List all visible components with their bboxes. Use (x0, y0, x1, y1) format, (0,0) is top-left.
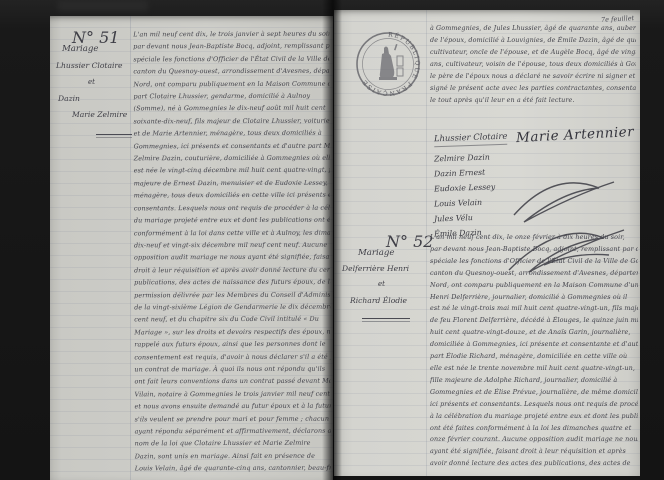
book-gutter (322, 0, 342, 480)
act-text-line: ayant répondu séparément et affirmativem… (135, 425, 331, 438)
act-text-line: fille majeure de Adolphe Richard, journa… (430, 375, 638, 387)
act-text-line: le père de l'époux nous a déclaré ne sav… (430, 70, 636, 82)
act-text-line: canton du Quesnoy-ouest, arrondissement … (430, 268, 638, 280)
act-text-line: publications, des actes de naissance des… (134, 276, 330, 289)
act-text-line: Louis Velain, âgé de quarante-cinq ans, … (135, 462, 331, 475)
act-text-line: Nord, ont comparu publiquement en la Mai… (430, 280, 638, 292)
act-text-line: de feu Florent Delferrière, décédé à Élo… (430, 315, 638, 327)
act-text-line: ont été faites conformément à la loi les… (430, 423, 638, 435)
act-text-line: Nord, ont comparu publiquement en la Mai… (133, 77, 329, 90)
bride-firstname: Marie Zelmire (72, 110, 127, 119)
act-title: Mariage (62, 44, 99, 54)
groom-name: Delferrière Henri (342, 264, 409, 273)
act-text-line: ayant été signifiée, faisant droit à leu… (430, 446, 638, 458)
act-text-line: Gommegnies et de Élise Prévue, journaliè… (430, 387, 638, 399)
act-text-line: ont fait leurs conventions dans un contr… (134, 375, 330, 388)
act-text-line: et de Marie Artennier, ménagère, tous de… (134, 127, 330, 140)
act-text-line: onze février courant. Aucune opposition … (430, 434, 638, 446)
groom-name: Lhussier Clotaire (56, 61, 123, 70)
conjunction: et (88, 78, 95, 86)
act-text-line: opposition audit mariage ne nous ayant é… (134, 251, 330, 264)
act-text-line: s'ils veulent se prendre pour mari et po… (135, 412, 331, 425)
act-52-body: L'an mil neuf cent dix, le onze février … (430, 232, 638, 474)
act-text-line: ans, cultivateur, voisin de l'épouse, to… (430, 58, 636, 70)
act-text-line: est né le vingt-trois mai mil huit cent … (430, 303, 638, 315)
act-text-line: conformément à la loi dans cette ville e… (134, 226, 330, 239)
right-page: 7e feuillet RÉPUBLIQUE FRANÇAISE à Gomme… (334, 10, 640, 476)
act-text-line: le tout après qu'il leur en a été fait l… (430, 94, 636, 106)
act-text-line: Dazin, sont unis en mariage. Ainsi fait … (135, 449, 331, 462)
margin-rule (130, 16, 131, 480)
scan-artifact (58, 0, 148, 11)
register-scan: N° 51 Mariage Lhussier Clotaire et Dazin… (0, 0, 664, 480)
act-text-line: (Somme), né à Gommegnies le dix-neuf aoû… (133, 102, 329, 115)
act-text-line: à Gommegnies, de Jules Lhussier, âgé de … (430, 22, 636, 34)
act-51-continuation: à Gommegnies, de Jules Lhussier, âgé de … (430, 22, 636, 112)
act-text-line: consentants. Lesquels nous ont requis de… (134, 201, 330, 214)
act-text-line: est née le vingt-cinq décembre mil huit … (134, 164, 330, 177)
act-text-line: et nous avons ensuite demandé au futur é… (135, 400, 331, 413)
conjunction: et (378, 280, 385, 288)
act-text-line: part Clotaire Lhussier, gendarme, domici… (133, 90, 329, 103)
act-text-line: dix-neuf et vingt-six décembre mil neuf … (134, 239, 330, 252)
act-text-line: Vilain, notaire à Gommegnies le trois ja… (134, 387, 330, 400)
act-text-line: huit cent quatre-vingt-douze, et de Anaï… (430, 327, 638, 339)
act-text-line: avoir donné lecture des actes des public… (430, 458, 638, 470)
act-text-line: canton du Quesnoy-ouest, arrondissement … (133, 65, 329, 78)
left-page: N° 51 Mariage Lhussier Clotaire et Dazin… (50, 16, 333, 480)
bride-name: Richard Élodie (350, 296, 407, 305)
act-text-line: L'an mil neuf cent dix, le onze février … (430, 232, 638, 244)
act-51-body: L'an mil neuf cent dix, le trois janvier… (133, 28, 331, 480)
act-text-line: un contrat de mariage. À quoi ils nous o… (134, 363, 330, 376)
act-text-line: droit à leur réquisition et après avoir … (134, 263, 330, 276)
act-text-line: Gommegnies, ici présents et consentants … (134, 139, 330, 152)
seal-figure (379, 44, 403, 80)
act-text-line: rappelé aux futurs époux, ainsi que les … (134, 338, 330, 351)
act-text-line: à la célébration du mariage projeté entr… (430, 411, 638, 423)
act-text-line: consentement est requis, d'avoir à nous … (134, 350, 330, 363)
margin-underline (96, 134, 132, 138)
act-text-line: domiciliée à Gommegnies, ici présente et… (430, 339, 638, 351)
act-title: Mariage (358, 248, 395, 258)
republique-francaise-seal-icon: RÉPUBLIQUE FRANÇAISE (354, 30, 422, 98)
act-text-line: de la vingt-sixième Légion de Gendarmeri… (134, 301, 330, 314)
act-text-line: ménagère, tous deux domiciliés en cette … (134, 189, 330, 202)
act-text-line: par devant nous Jean-Baptiste Bocq, adjo… (133, 40, 329, 53)
act-text-line: de l'époux, domicilié à Louvignies, de É… (430, 34, 636, 46)
act-text-line: nom de la loi que Clotaire Lhussier et M… (135, 437, 331, 450)
act-text-line: du mariage projeté entre eux et dont les… (134, 214, 330, 227)
act-text-line: par devant nous Jean-Baptiste Bocq, adjo… (430, 244, 638, 256)
bride-surname: Dazin (58, 94, 80, 103)
act-text-line: spéciale les fonctions d'Officier de l'É… (133, 52, 329, 65)
margin-underline (362, 318, 410, 322)
act-text-line: ici présents et consentants. Lesquels no… (430, 399, 638, 411)
act-text-line: part Élodie Richard, ménagère, domicilié… (430, 351, 638, 363)
act-text-line: elle est née le trente novembre mil huit… (430, 363, 638, 375)
act-text-line: L'an mil neuf cent dix, le trois janvier… (133, 28, 329, 41)
act-text-line: Zelmire Dazin, couturière, domiciliée à … (134, 152, 330, 165)
signature: Lhussier Clotaire (434, 129, 508, 148)
act-text-line: cultivateur, oncle de l'épouse, et de Au… (430, 46, 636, 58)
act-text-line: cent neuf, et du chapitre six du Code Ci… (134, 313, 330, 326)
act-text-line: Henri Delferrière, journalier, domicilié… (430, 292, 638, 304)
act-text-line: spéciale les fonctions d'Officier de l'É… (430, 256, 638, 268)
act-text-line: signé le présent acte avec les parties c… (430, 82, 636, 94)
act-text-line: Mariage », sur les droits et devoirs res… (134, 325, 330, 338)
act-text-line: soixante-dix-neuf, fils majeur de Clotai… (134, 115, 330, 128)
act-text-line: majeure de Ernest Dazin, menuisier et de… (134, 177, 330, 190)
act-text-line: permission délivrée par les Membres du C… (134, 288, 330, 301)
